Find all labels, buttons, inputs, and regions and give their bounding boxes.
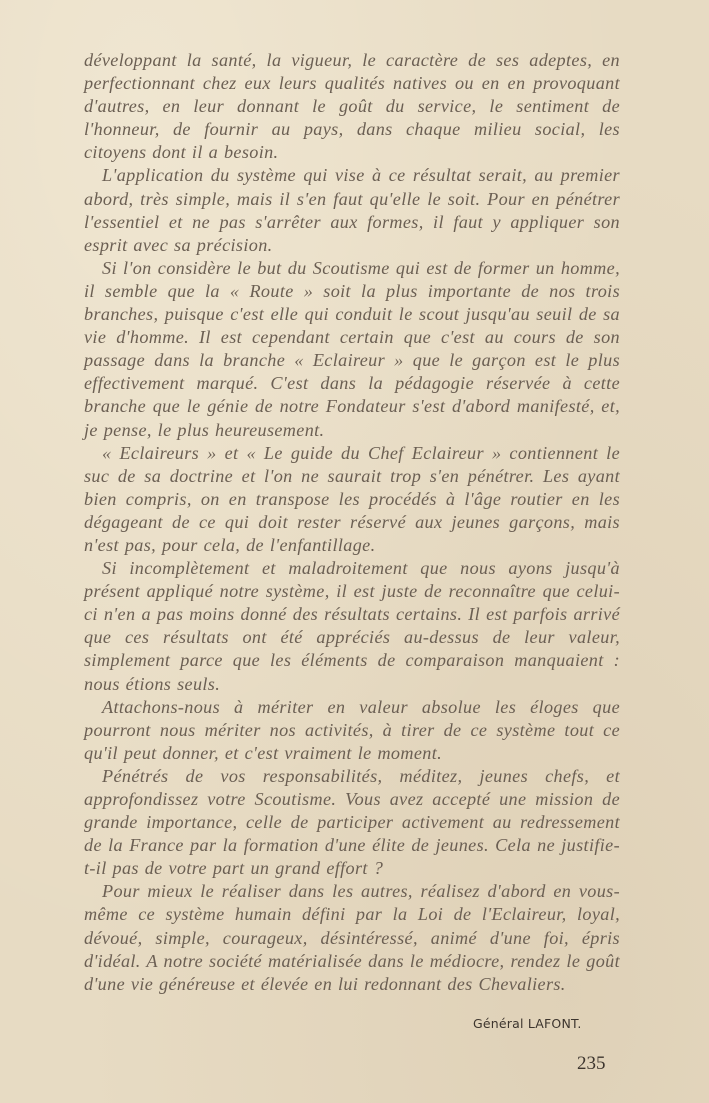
paragraph-8: Pour mieux le réaliser dans les autres, … [84, 880, 620, 995]
paragraph-5: Si incomplètement et maladroitement que … [84, 557, 620, 696]
paragraph-4: « Eclaireurs » et « Le guide du Chef Ecl… [84, 442, 620, 557]
paragraph-7: Pénétrés de vos responsabilités, méditez… [84, 765, 620, 880]
page-body: développant la santé, la vigueur, le car… [84, 49, 620, 996]
author-signature: Général LAFONT. [473, 1016, 582, 1031]
paragraph-6: Attachons-nous à mériter en valeur absol… [84, 696, 620, 765]
paragraph-2: L'application du système qui vise à ce r… [84, 164, 620, 256]
paragraph-1: développant la santé, la vigueur, le car… [84, 49, 620, 164]
page-number: 235 [577, 1053, 606, 1075]
paragraph-3: Si l'on considère le but du Scoutisme qu… [84, 257, 620, 442]
